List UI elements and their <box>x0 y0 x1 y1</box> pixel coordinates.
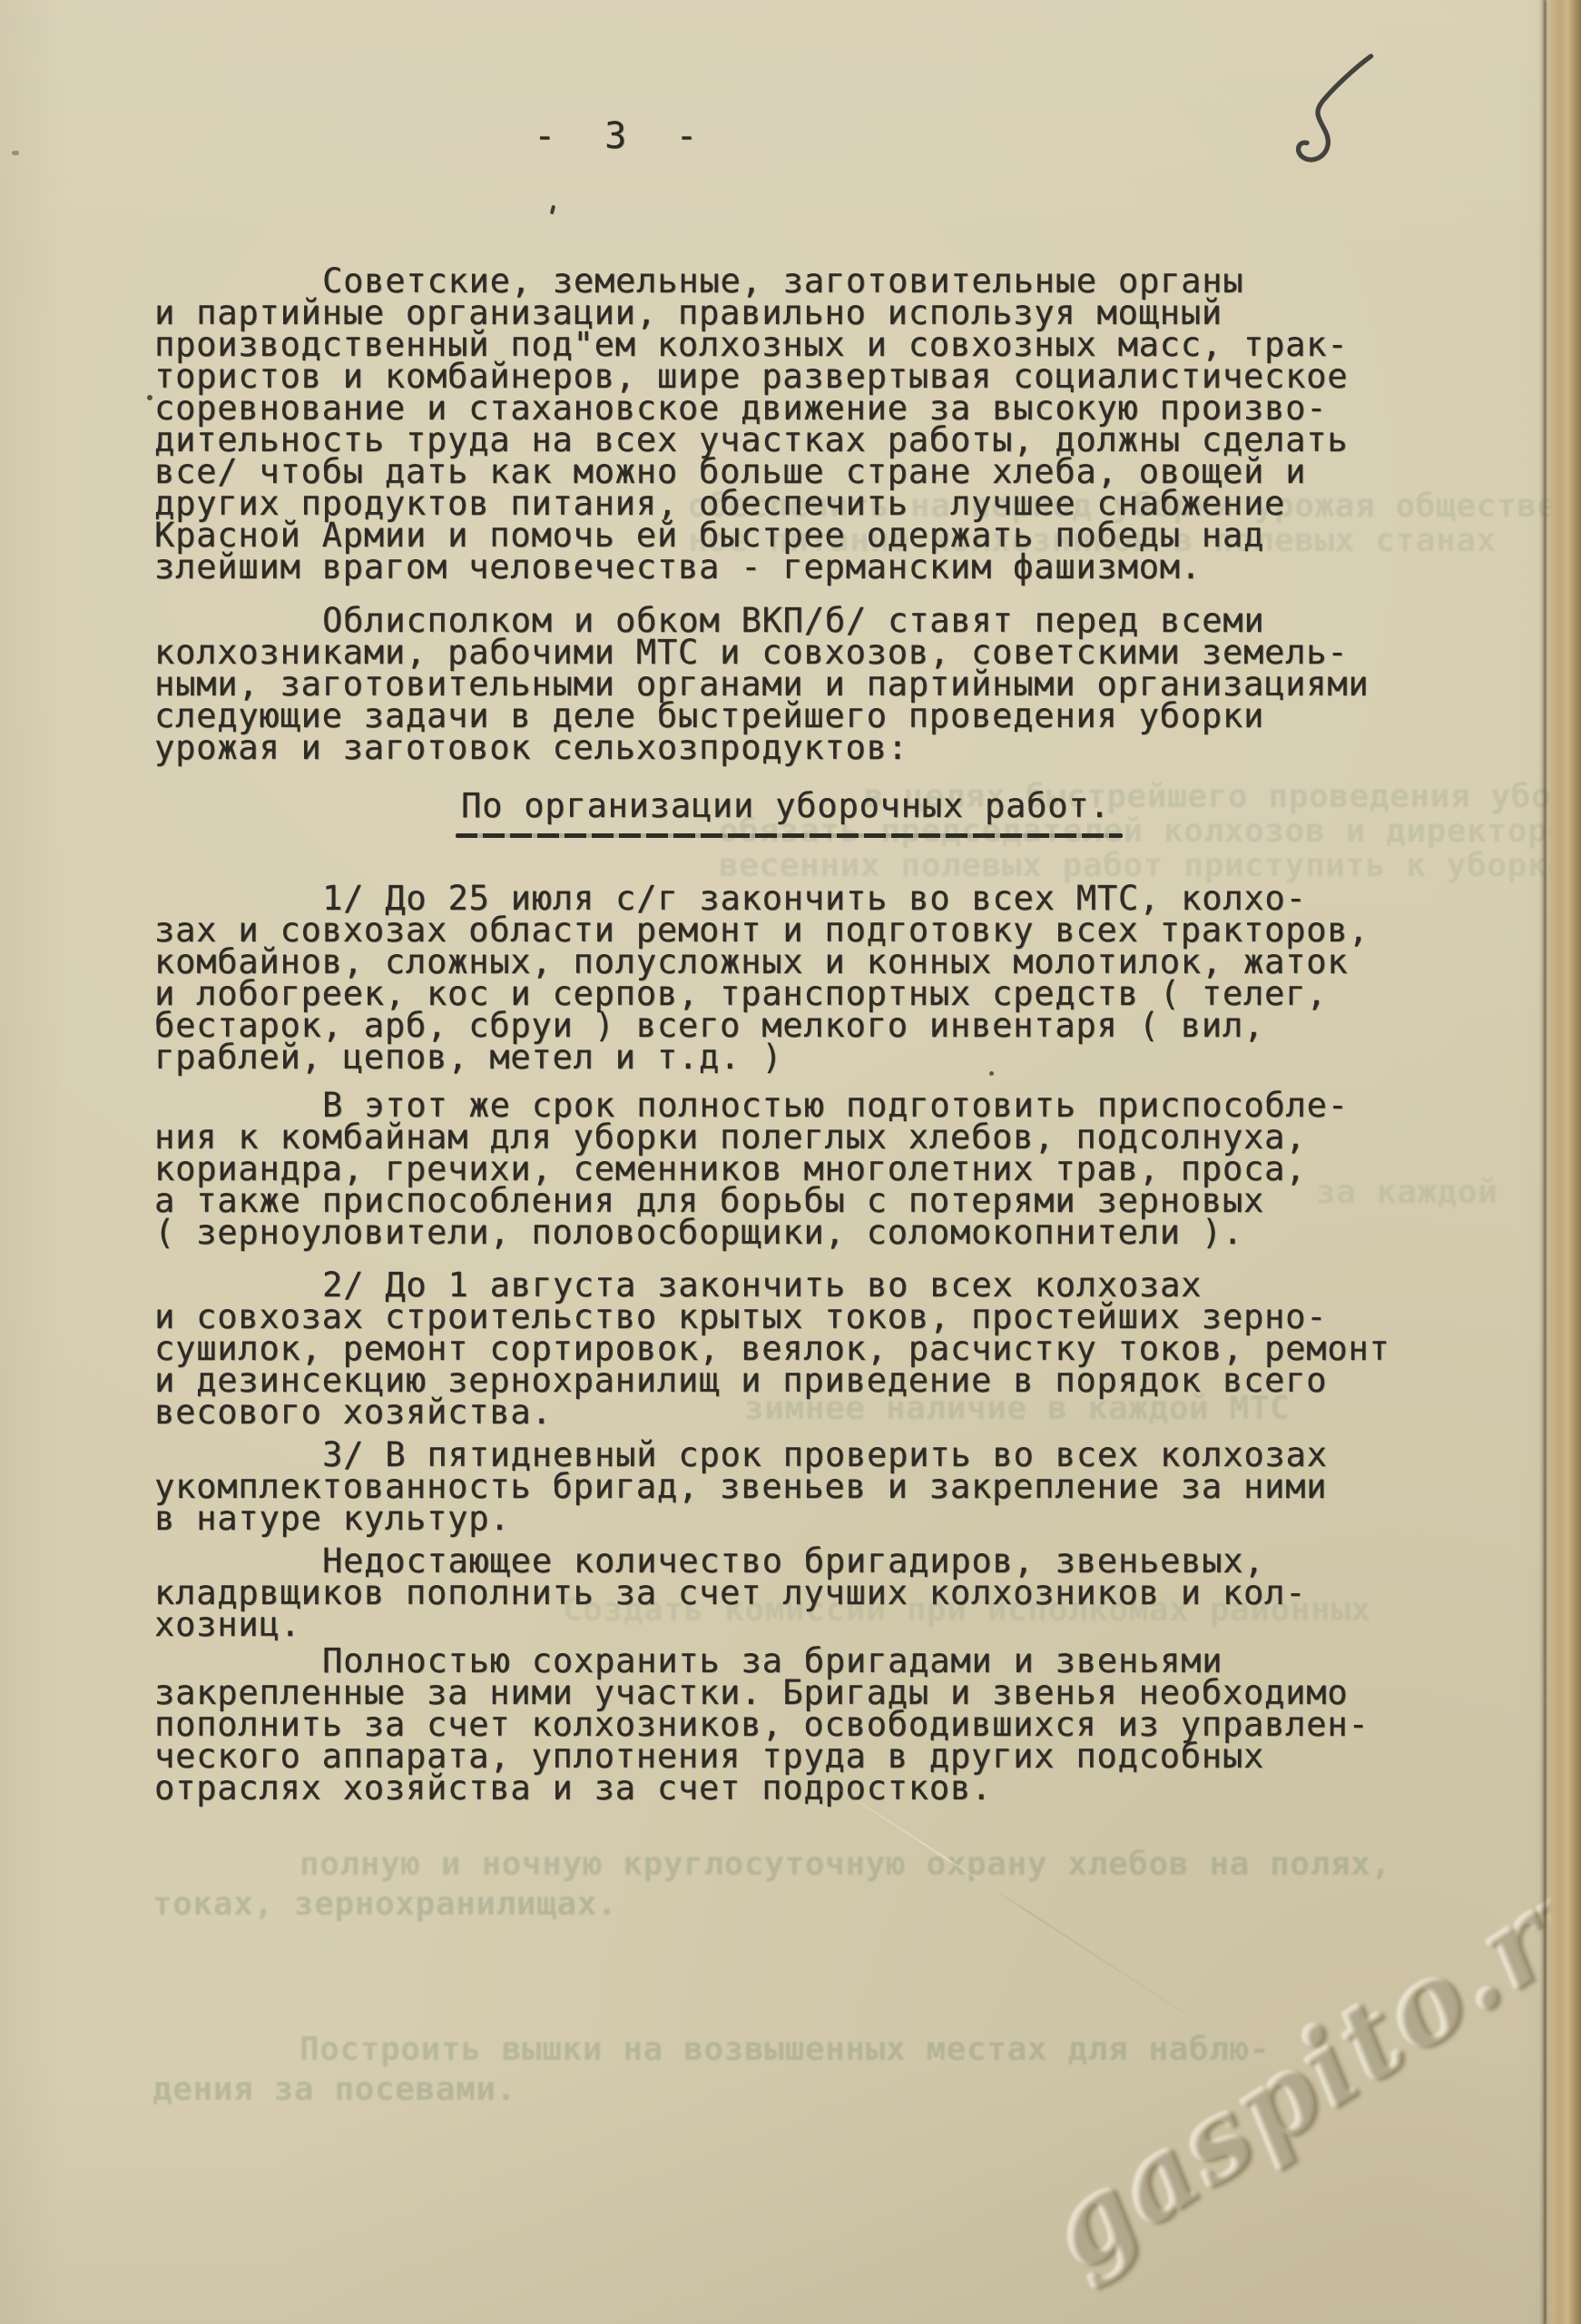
text-line: производственный под"ем колхозных и совх… <box>154 329 1348 360</box>
text-line: Недостающее количество бригадиров, звень… <box>154 1545 1306 1577</box>
text-line: ными, заготовительными органами и партий… <box>154 668 1369 700</box>
text-line: сушилок, ремонт сортировок, веялок, расч… <box>154 1333 1390 1364</box>
text-line: хозниц. <box>154 1609 1306 1640</box>
paragraph: Советские, земельные, заготовительные ор… <box>154 265 1348 583</box>
text-line: весового хозяйства. <box>154 1396 1390 1428</box>
paper-speck <box>12 151 19 155</box>
text-line: дительность труда на всех участках работ… <box>154 424 1348 456</box>
text-line: По организации уборочных работ. <box>461 790 1123 822</box>
text-line: Советские, земельные, заготовительные ор… <box>154 265 1348 297</box>
text-line: укомплектованность бригад, звеньев и зак… <box>154 1471 1328 1502</box>
paragraph: 2/ До 1 августа закончить во всех колхоз… <box>154 1269 1390 1428</box>
text-line: кладрвщиков пополнить за счет лучших кол… <box>154 1577 1306 1609</box>
text-line: соревнование и стахановское движение за … <box>154 392 1348 424</box>
text-line: Облисполком и обком ВКП/б/ ставят перед … <box>154 605 1369 636</box>
text-line: ческого аппарата, уплотнения труда в дру… <box>154 1740 1369 1772</box>
text-line: все/ чтобы дать как можно больше стране … <box>154 456 1348 487</box>
text-line: следующие задачи в деле быстрейшего пров… <box>154 700 1369 732</box>
text-line: и дезинсекцию зернохранилищ и приведение… <box>154 1364 1390 1396</box>
bleedthrough-line: токах, зернохранилищах. <box>152 1888 617 1921</box>
text-line: и партийные организации, правильно испол… <box>154 297 1348 329</box>
bleedthrough-line: весенних полевых работ приступить к убор… <box>719 850 1581 882</box>
page-edge <box>1539 0 1581 2324</box>
text-line: комбайнов, сложных, полусложных и конных… <box>154 946 1369 978</box>
text-line: отраслях хозяйства и за счет подростков. <box>154 1772 1369 1804</box>
text-line: и совхозах строительство крытых токов, п… <box>154 1301 1390 1333</box>
text-line: урожая и заготовок сельхозпродуктов: <box>154 732 1369 763</box>
page-number: - 3 - <box>534 118 699 154</box>
text-line: тористов и комбайнеров, шире развертывая… <box>154 360 1348 392</box>
text-line: 1/ До 25 июля с/г закончить во всех МТС,… <box>154 882 1369 914</box>
text-line: кориандра, гречихи, семенников многолетн… <box>154 1153 1349 1185</box>
text-line: других продуктов питания, обеспечить луч… <box>154 487 1348 519</box>
paragraph: 3/ В пятидневный срок проверить во всех … <box>154 1439 1328 1534</box>
text-line: закрепленные за ними участки. Бригады и … <box>154 1677 1369 1709</box>
handwritten-page-mark: 5 <box>1291 45 1382 175</box>
paragraph: Недостающее количество бригадиров, звень… <box>154 1545 1306 1640</box>
bleedthrough-line: дения за посевами. <box>152 2073 516 2106</box>
paragraph: Облисполком и обком ВКП/б/ ставят перед … <box>154 605 1369 763</box>
paragraph: 1/ До 25 июля с/г закончить во всех МТС,… <box>154 882 1369 1073</box>
text-line: бестарок, арб, сбруи ) всего мелкого инв… <box>154 1009 1369 1041</box>
heading-underline <box>456 833 1123 838</box>
text-line: ния к комбайнам для уборки полеглых хлеб… <box>154 1121 1349 1153</box>
paragraph: Полностью сохранить за бригадами и звень… <box>154 1645 1369 1804</box>
text-line: 3/ В пятидневный срок проверить во всех … <box>154 1439 1328 1471</box>
handwritten-five-icon: 5 <box>1291 45 1382 175</box>
text-line: зах и совхозах области ремонт и подготов… <box>154 914 1369 946</box>
text-line: в натуре культур. <box>154 1502 1328 1534</box>
paragraph: В этот же срок полностью подготовить при… <box>154 1089 1349 1248</box>
text-line: Красной Армии и помочь ей быстрее одержа… <box>154 519 1348 551</box>
section-heading: По организации уборочных работ. <box>461 790 1123 838</box>
text-line: пополнить за счет колхозников, освободив… <box>154 1709 1369 1740</box>
text-line: а также приспособления для борьбы с поте… <box>154 1185 1349 1216</box>
bleedthrough-line: Построить вышки на возвышенных местах дл… <box>300 2033 1270 2066</box>
text-line: граблей, цепов, метел и т.д. ) <box>154 1041 1369 1073</box>
text-line: и лобогреек, кос и серпов, транспортных … <box>154 978 1369 1009</box>
text-line: В этот же срок полностью подготовить при… <box>154 1089 1349 1121</box>
text-line: злейшим врагом человечества - германским… <box>154 551 1348 583</box>
bleedthrough-line: полную и ночную круглосуточную охрану хл… <box>300 1848 1391 1881</box>
ink-speck <box>147 395 152 400</box>
text-line: ( зерноуловители, половосборщики, соломо… <box>154 1216 1349 1248</box>
text-line: 2/ До 1 августа закончить во всех колхоз… <box>154 1269 1390 1301</box>
text-line: Полностью сохранить за бригадами и звень… <box>154 1645 1369 1677</box>
ink-speck <box>989 1071 994 1076</box>
text-line: колхозниками, рабочими МТС и совхозов, с… <box>154 636 1369 668</box>
